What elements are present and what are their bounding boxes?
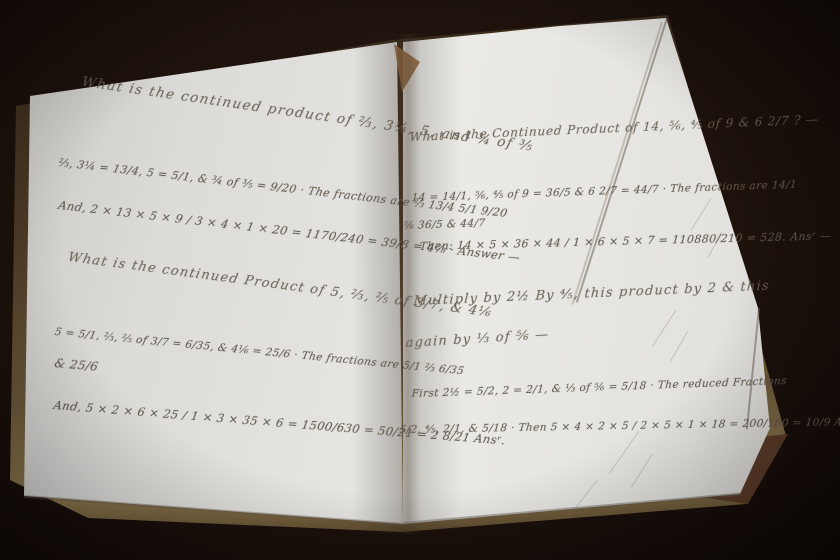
photo-stage: What is the continued product of ⅔, 3¼, … bbox=[0, 0, 840, 560]
page-gutter bbox=[352, 34, 462, 534]
